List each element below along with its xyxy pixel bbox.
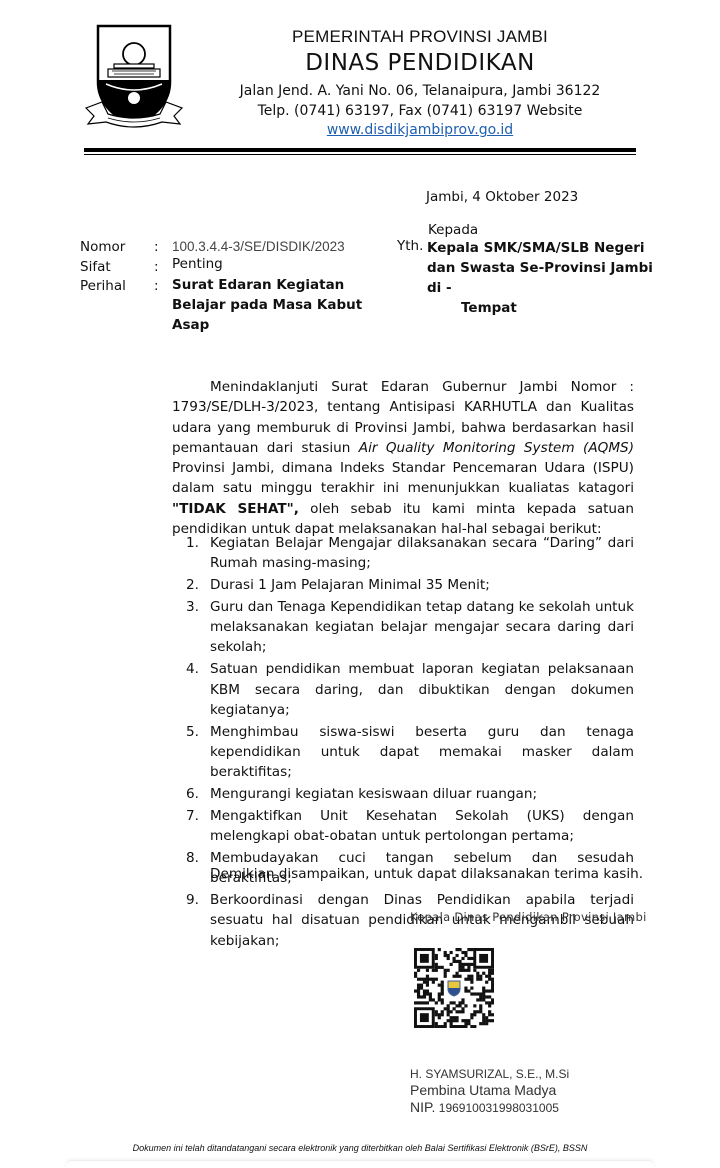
meta-perihal: Perihal: Surat Edaran Kegiatan Belajar p… (80, 278, 172, 294)
list-item-text: Mengurangi kegiatan kesiswaan diluar rua… (210, 786, 537, 802)
sifat-colon: : (154, 259, 172, 275)
letterhead-divider-thin (84, 154, 636, 155)
nip-label: NIP. (410, 1099, 435, 1115)
recipient-line-2: dan Swasta Se-Provinsi Jambi (427, 258, 657, 278)
recipient-block: Kepala SMK/SMA/SLB Negeri dan Swasta Se-… (427, 238, 657, 318)
signatory-title: Kepala Dinas Pendidikan Provinsi Jambi (410, 910, 647, 924)
nomor-label: Nomor (80, 239, 154, 255)
perihal-label: Perihal (80, 278, 154, 294)
qr-code-icon[interactable] (414, 948, 494, 1028)
signatory-nip: NIP. 196910031998031005 (410, 1099, 559, 1115)
letter-date: Jambi, 4 Oktober 2023 (426, 189, 578, 205)
signatory-name: H. SYAMSURIZAL, S.E., M.Si (410, 1067, 569, 1081)
list-item: 3.Guru dan Tenaga Kependidikan tetap dat… (186, 597, 634, 658)
list-item: 5.Menghimbau siswa-siswi beserta guru da… (186, 722, 634, 783)
list-item-number: 1. (186, 533, 199, 553)
perihal-colon: : (154, 278, 172, 294)
recipient-line-3: di - (427, 278, 657, 298)
list-item: 7.Mengaktifkan Unit Kesehatan Sekolah (U… (186, 806, 634, 847)
list-item-number: 7. (186, 806, 199, 826)
recipient-yth: Yth. (397, 238, 423, 254)
list-item-number: 3. (186, 597, 199, 617)
agency-address: Jalan Jend. A. Yani No. 06, Telanaipura,… (190, 83, 650, 99)
list-item-number: 5. (186, 722, 199, 742)
list-item-text: Satuan pendidikan membuat laporan kegiat… (210, 661, 634, 718)
list-item-text: Kegiatan Belajar Mengajar dilaksanakan s… (210, 535, 634, 571)
agency-name: DINAS PENDIDIKAN (190, 50, 650, 76)
electronic-signature-footer: Dokumen ini telah ditandatangani secara … (0, 1143, 720, 1153)
body-paragraph: Menindaklanjuti Surat Edaran Gubernur Ja… (172, 377, 634, 539)
list-item-number: 4. (186, 659, 199, 679)
sifat-value: Penting (172, 256, 223, 272)
meta-nomor: Nomor: 100.3.4.4-3/SE/DISDIK/2023 (80, 239, 172, 255)
list-item: 6.Mengurangi kegiatan kesiswaan diluar r… (186, 784, 634, 804)
recipient-line-1: Kepala SMK/SMA/SLB Negeri (427, 238, 657, 258)
list-item: 2.Durasi 1 Jam Pelajaran Minimal 35 Meni… (186, 575, 634, 595)
list-item-text: Mengaktifkan Unit Kesehatan Sekolah (UKS… (210, 808, 634, 844)
recipient-line-4: Tempat (427, 298, 657, 318)
government-name: PEMERINTAH PROVINSI JAMBI (190, 27, 650, 47)
letterhead-divider-thick (84, 148, 636, 152)
list-item: 4.Satuan pendidikan membuat laporan kegi… (186, 659, 634, 720)
body-text-part-2: Provinsi Jambi, dimana Indeks Standar Pe… (172, 460, 634, 496)
nomor-value: 100.3.4.4-3/SE/DISDIK/2023 (172, 239, 345, 254)
agency-contact: Telp. (0741) 63197, Fax (0741) 63197 Web… (190, 103, 650, 119)
sifat-label: Sifat (80, 259, 154, 275)
list-item-number: 8. (186, 848, 199, 868)
coat-of-arms-logo-icon (84, 22, 184, 132)
list-item-text: Durasi 1 Jam Pelajaran Minimal 35 Menit; (210, 577, 490, 593)
recipient-kepada: Kepada (428, 222, 478, 238)
perihal-value: Surat Edaran Kegiatan Belajar pada Masa … (172, 275, 372, 335)
body-text-bold: "TIDAK SEHAT", (172, 501, 299, 517)
closing-sentence: Demikian disampaikan, untuk dapat dilaks… (210, 866, 643, 882)
list-item-number: 2. (186, 575, 199, 595)
list-item-number: 6. (186, 784, 199, 804)
website-link[interactable]: www.disdikjambiprov.go.id (190, 122, 650, 138)
list-item-number: 9. (186, 890, 199, 910)
list-item-text: Guru dan Tenaga Kependidikan tetap datan… (210, 599, 634, 656)
body-text-italic: Air Quality Monitoring System (AQMS) (359, 440, 634, 456)
nip-value: 196910031998031005 (439, 1101, 559, 1115)
bottom-panel-edge (66, 1160, 654, 1168)
meta-sifat: Sifat: Penting (80, 259, 172, 275)
list-item-text: Menghimbau siswa-siswi beserta guru dan … (210, 724, 634, 781)
instruction-list: 1.Kegiatan Belajar Mengajar dilaksanakan… (186, 533, 634, 952)
list-item: 1.Kegiatan Belajar Mengajar dilaksanakan… (186, 533, 634, 574)
signatory-rank: Pembina Utama Madya (410, 1082, 556, 1098)
nomor-colon: : (154, 239, 172, 255)
